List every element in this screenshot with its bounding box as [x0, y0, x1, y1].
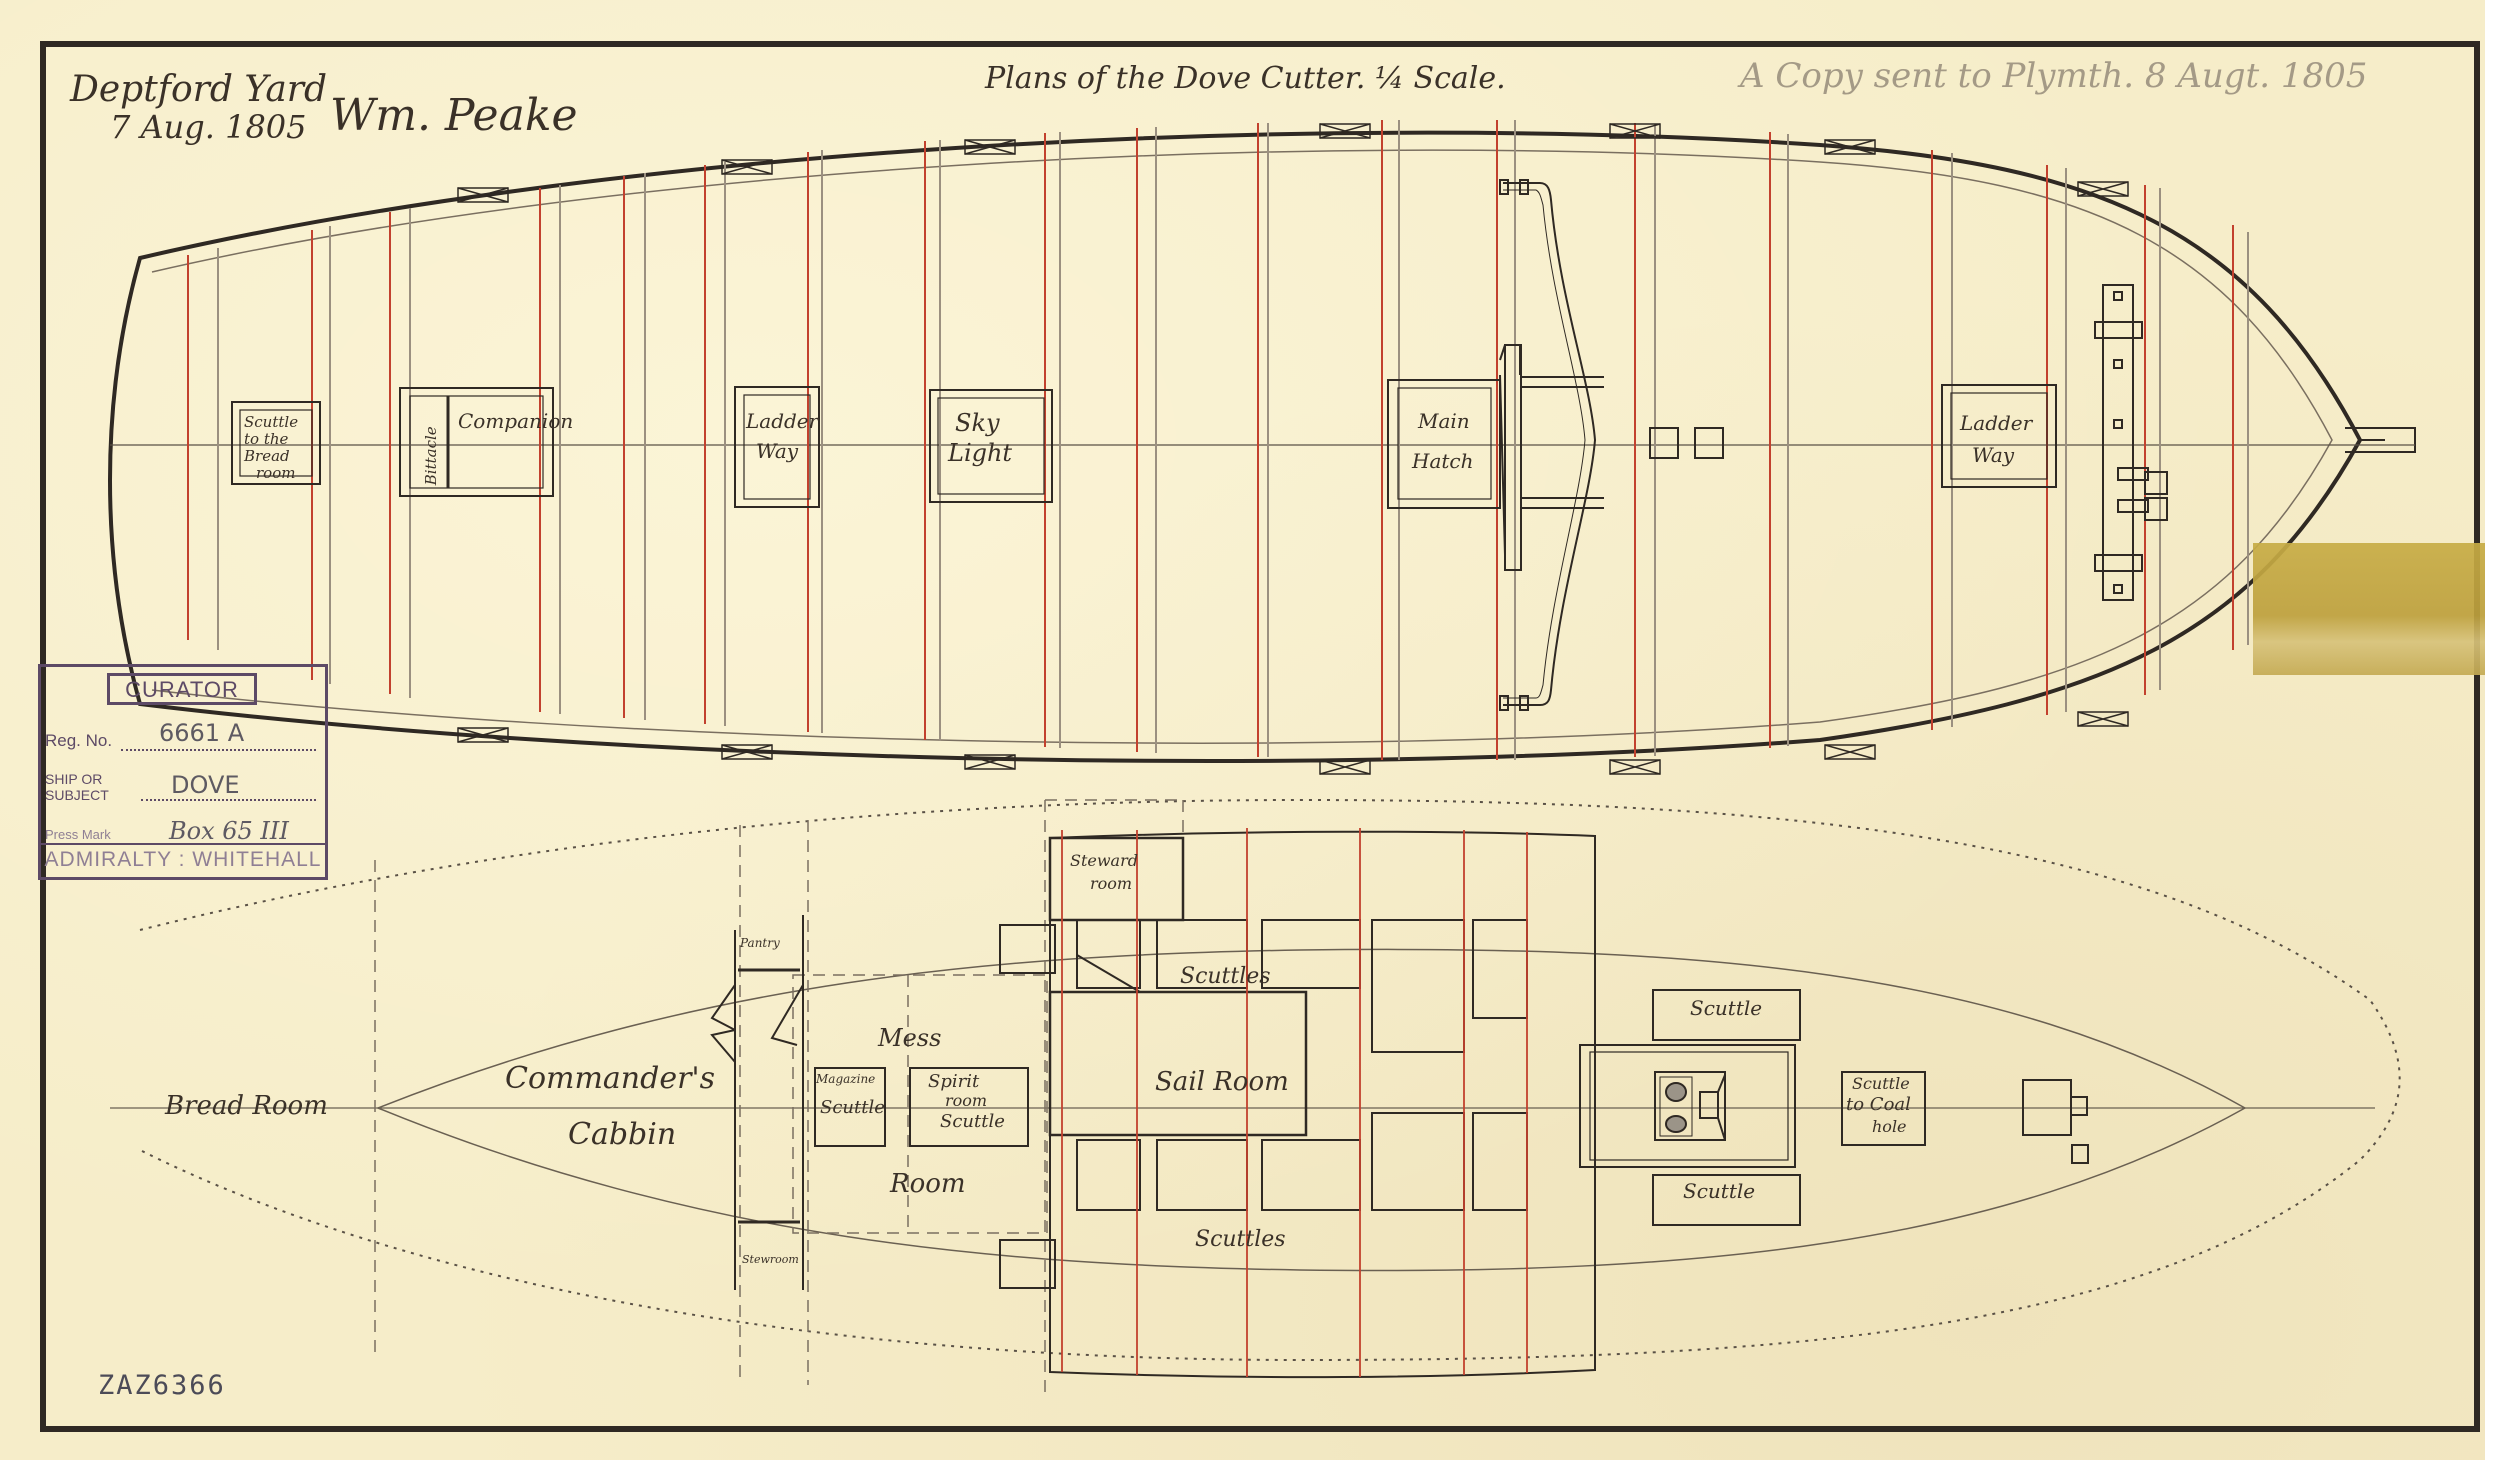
label-spirit-room-scuttle-2: room [945, 1092, 987, 1110]
label-pantry: Pantry [740, 937, 780, 950]
stamp-ship-label-2: SUBJECT [45, 787, 109, 803]
label-ladder-way-aft: Ladder [746, 410, 818, 432]
label-scuttle-fwd-bottom: Scuttle [1683, 1180, 1755, 1202]
curator-stamp: CURATOR Reg. No. 6661 A SHIP OR SUBJECT … [38, 664, 328, 880]
label-binnacle: Bittacle [423, 415, 440, 485]
label-scuttle-bread-3: Bread [244, 448, 290, 465]
catalogue-number: ZAZ6366 [98, 1370, 226, 1401]
plan-title: Plans of the Dove Cutter. ¼ Scale. [985, 62, 1506, 95]
label-steward-pantry: Stewroom [742, 1254, 799, 1266]
label-scuttle-bread-4: room [256, 465, 295, 482]
label-main-hatch-2: Hatch [1412, 450, 1473, 472]
label-magazine-scuttle-2: Scuttle [820, 1098, 885, 1118]
label-scuttle-coal-hole-3: hole [1872, 1118, 1907, 1136]
label-scuttle-coal-hole-2: to Coal [1846, 1095, 1911, 1115]
adhesive-tape-patch [2253, 543, 2485, 675]
label-spirit-room-scuttle: Spirit [928, 1072, 979, 1092]
lower-deck-plan [110, 800, 2400, 1400]
label-spirit-room-scuttle-3: Scuttle [940, 1112, 1005, 1132]
main-hatch [1388, 380, 1500, 508]
stamp-press-value: Box 65 III [169, 817, 289, 845]
label-ladder-way-fwd-2: Way [1972, 444, 2014, 466]
stamp-ship-value: DOVE [171, 771, 240, 799]
label-main-hatch: Main [1418, 410, 1470, 432]
stamp-press-label: Press Mark [45, 827, 111, 842]
label-bread-room: Bread Room [165, 1092, 328, 1121]
label-scuttles-top: Scuttles [1180, 965, 1271, 989]
label-scuttle-fwd-top: Scuttle [1690, 997, 1762, 1019]
paper-sheet: Deptford Yard 7 Aug. 1805 Wm. Peake Plan… [0, 0, 2485, 1460]
ladder-way-fwd [1942, 385, 2056, 487]
label-commanders-cabin-2: Cabbin [568, 1118, 676, 1151]
upper-deck-plan [110, 120, 2415, 774]
stamp-footer: ADMIRALTY : WHITEHALL [41, 843, 325, 877]
label-scuttle-coal-hole: Scuttle [1852, 1075, 1910, 1093]
label-ladder-way-fwd: Ladder [1960, 412, 2032, 434]
signature: Wm. Peake [330, 92, 578, 140]
border-frame [43, 44, 2477, 1429]
label-sky-light: Sky [955, 410, 1000, 436]
label-steward-room-2: room [1090, 875, 1132, 893]
label-scuttle-bread-2: to the [244, 431, 288, 448]
label-scuttles-bottom: Scuttles [1195, 1228, 1286, 1252]
copy-note: A Copy sent to Plymth. 8 Augt. 1805 [1740, 58, 2367, 95]
label-sail-room: Sail Room [1155, 1068, 1289, 1097]
label-steward-room: Steward [1070, 852, 1138, 870]
label-sky-light-2: Light [948, 440, 1012, 466]
label-ladder-way-aft-2: Way [756, 440, 798, 462]
stamp-ship-label-1: SHIP OR [45, 771, 102, 787]
stamp-reg-value: 6661 A [159, 719, 244, 747]
label-companion: Companion [458, 410, 573, 432]
label-mess-room: Mess [878, 1025, 941, 1051]
stamp-heading: CURATOR [107, 673, 257, 705]
label-mess-room-2: Room [890, 1170, 966, 1199]
origin-note-yard: Deptford Yard [70, 70, 327, 110]
label-scuttle-bread: Scuttle [244, 414, 298, 431]
origin-note-date: 7 Aug. 1805 [110, 110, 307, 145]
label-magazine-scuttle: Magazine [816, 1073, 875, 1086]
stamp-reg-label: Reg. No. [45, 731, 112, 751]
label-commanders-cabin: Commander's [505, 1062, 715, 1095]
